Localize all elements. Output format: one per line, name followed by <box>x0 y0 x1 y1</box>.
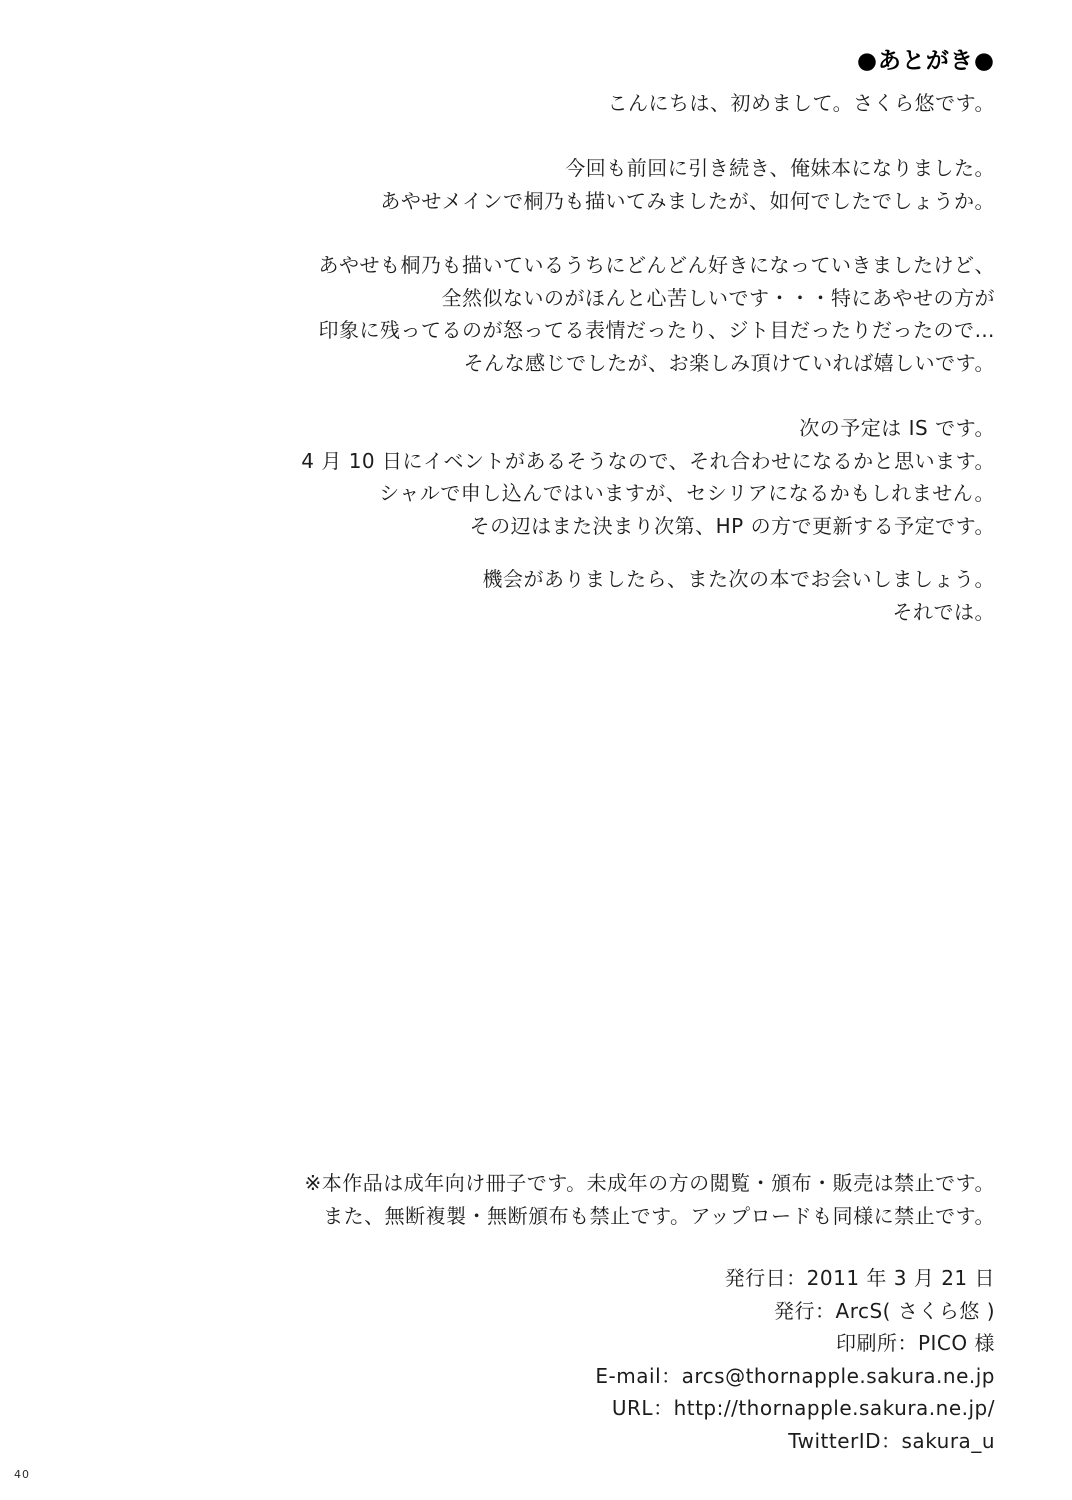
text-line: こんにちは、初めまして。さくら悠です。 <box>40 87 995 120</box>
text-line: 機会がありましたら、また次の本でお会いしましょう。 <box>40 563 995 596</box>
afterword-paragraph-next-plans: 次の予定は IS です。 4 月 10 日にイベントがあるそうなので、それ合わせ… <box>40 412 995 542</box>
colophon-email: E-mail：arcs@thornapple.sakura.ne.jp <box>40 1360 995 1393</box>
afterword-page: ●あとがき● こんにちは、初めまして。さくら悠です。 今回も前回に引き続き、俺妹… <box>0 0 1072 1500</box>
text-line: あやせも桐乃も描いているうちにどんどん好きになっていきましたけど、 <box>40 249 995 282</box>
afterword-paragraph-book-intro: 今回も前回に引き続き、俺妹本になりました。 あやせメインで桐乃も描いてみましたが… <box>40 152 995 217</box>
afterword-paragraph-farewell: 機会がありましたら、また次の本でお会いしましょう。 それでは。 <box>40 563 995 628</box>
page-number: 40 <box>14 1469 30 1481</box>
text-line: 全然似ないのがほんと心苦しいです・・・特にあやせの方が <box>40 282 995 315</box>
text-line: その辺はまた決まり次第、HP の方で更新する予定です。 <box>40 510 995 543</box>
adult-content-notice: ※本作品は成年向け冊子です。未成年の方の閲覧・頒布・販売は禁止です。 また、無断… <box>40 1167 995 1232</box>
afterword-heading: ●あとがき● <box>40 46 995 76</box>
afterword-paragraph-greeting: こんにちは、初めまして。さくら悠です。 <box>40 87 995 120</box>
text-line: 次の予定は IS です。 <box>40 412 995 445</box>
text-line: 今回も前回に引き続き、俺妹本になりました。 <box>40 152 995 185</box>
colophon-printer: 印刷所：PICO 様 <box>40 1327 995 1360</box>
text-line: あやせメインで桐乃も描いてみましたが、如何でしたでしょうか。 <box>40 185 995 218</box>
colophon: 発行日：2011 年 3 月 21 日 発行：ArcS( さくら悠 ) 印刷所：… <box>40 1262 995 1457</box>
notice-line: また、無断複製・無断頒布も禁止です。アップロードも同様に禁止です。 <box>40 1200 995 1233</box>
text-line: それでは。 <box>40 596 995 629</box>
colophon-publisher: 発行：ArcS( さくら悠 ) <box>40 1295 995 1328</box>
colophon-publish-date: 発行日：2011 年 3 月 21 日 <box>40 1262 995 1295</box>
text-line: 印象に残ってるのが怒ってる表情だったり、ジト目だったりだったので… <box>40 314 995 347</box>
text-line: そんな感じでしたが、お楽しみ頂けていれば嬉しいです。 <box>40 347 995 380</box>
text-line: シャルで申し込んではいますが、セシリアになるかもしれません。 <box>40 477 995 510</box>
text-line: 4 月 10 日にイベントがあるそうなので、それ合わせになるかと思います。 <box>40 445 995 478</box>
notice-line: ※本作品は成年向け冊子です。未成年の方の閲覧・頒布・販売は禁止です。 <box>40 1167 995 1200</box>
colophon-url: URL：http://thornapple.sakura.ne.jp/ <box>40 1392 995 1425</box>
afterword-paragraph-drawing-thoughts: あやせも桐乃も描いているうちにどんどん好きになっていきましたけど、 全然似ないの… <box>40 249 995 379</box>
colophon-twitter-id: TwitterID：sakura_u <box>40 1425 995 1458</box>
